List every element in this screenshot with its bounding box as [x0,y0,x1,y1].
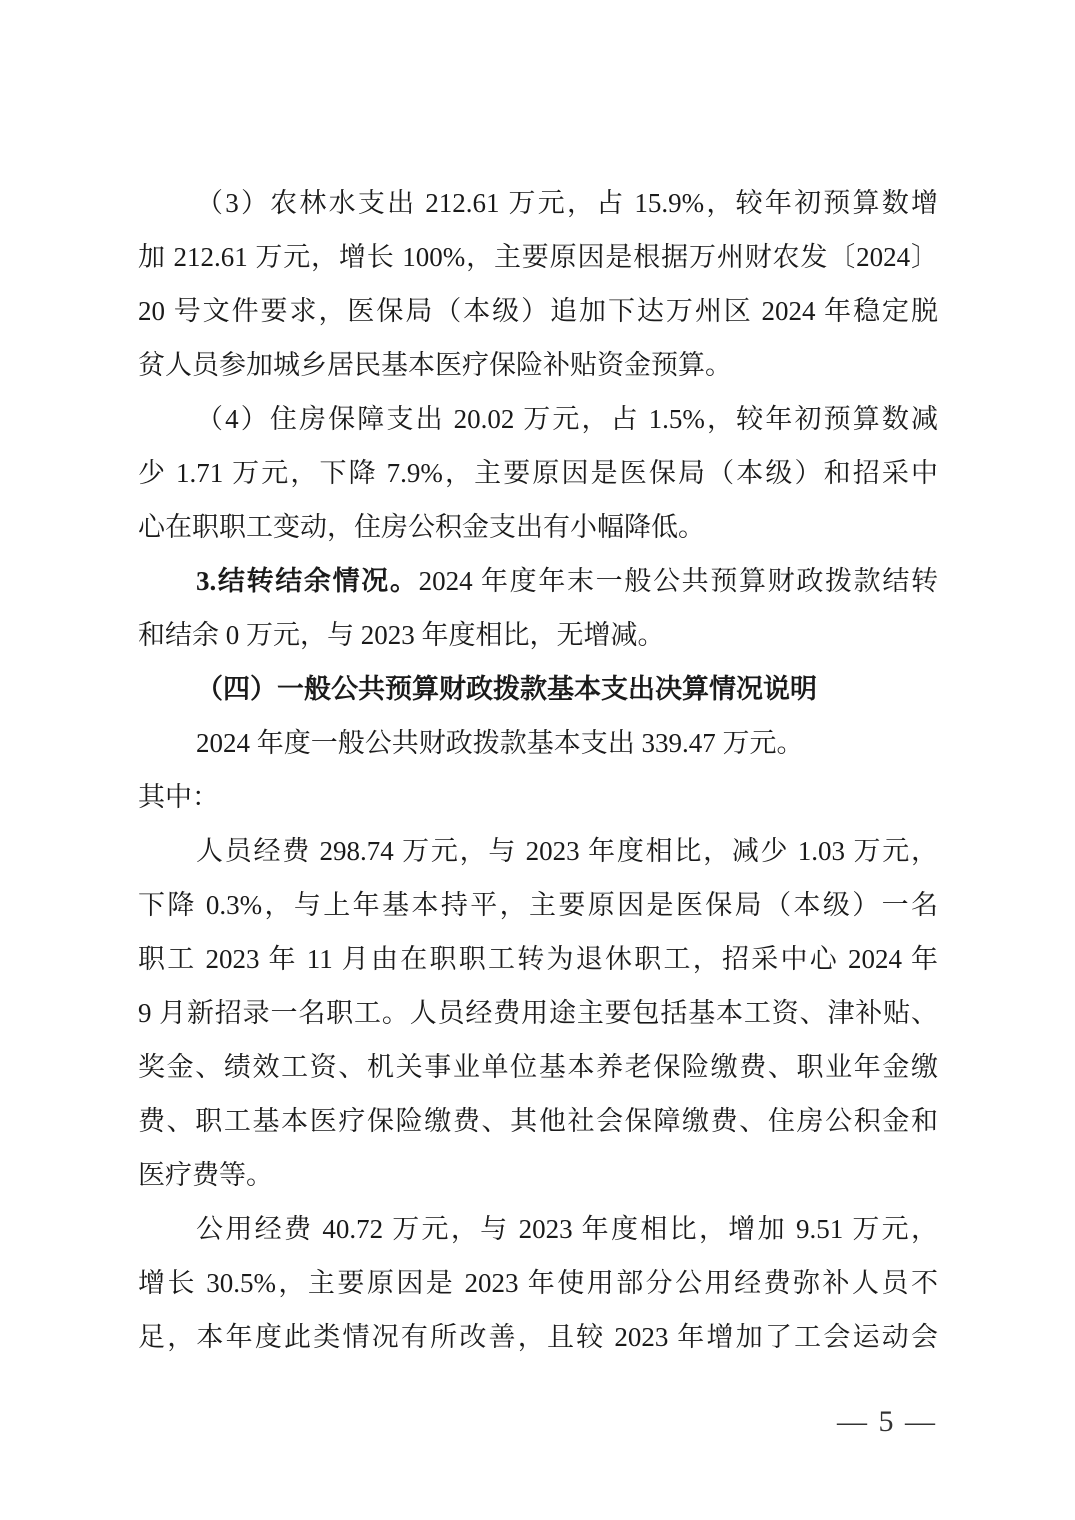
text-run: 2024 年度年末一般公共预算财政拨款结转 [419,566,938,596]
text-line: 下降 0.3%，与上年基本持平，主要原因是医保局（本级）一名 [138,878,938,932]
text-line: 3.结转结余情况。2024 年度年末一般公共预算财政拨款结转 [138,554,938,608]
text-line: 少 1.71 万元，下降 7.9%，主要原因是医保局（本级）和招采中 [138,446,938,500]
bold-run: 3.结转结余情况。 [196,566,419,596]
text-line: 奖金、绩效工资、机关事业单位基本养老保险缴费、职业年金缴 [138,1040,938,1094]
text-line: 贫人员参加城乡居民基本医疗保险补贴资金预算。 [138,338,938,392]
section-heading: （四）一般公共预算财政拨款基本支出决算情况说明 [138,662,938,716]
document-page: { "page": { "background": "#ffffff", "te… [0,0,1075,1520]
text-line: 医疗费等。 [138,1148,938,1202]
text-line: 其中： [138,770,938,824]
text-line: 2024 年度一般公共财政拨款基本支出 339.47 万元。 [138,716,938,770]
text-line: 足，本年度此类情况有所改善，且较 2023 年增加了工会运动会 [138,1310,938,1364]
text-line: 人员经费 298.74 万元，与 2023 年度相比，减少 1.03 万元， [138,824,938,878]
text-line: 加 212.61 万元，增长 100%，主要原因是根据万州财农发〔2024〕 [138,230,938,284]
text-line: 增长 30.5%，主要原因是 2023 年使用部分公用经费弥补人员不 [138,1256,938,1310]
text-line: （4）住房保障支出 20.02 万元，占 1.5%，较年初预算数减 [138,392,938,446]
text-line: 职工 2023 年 11 月由在职职工转为退休职工，招采中心 2024 年 [138,932,938,986]
page-number: — 5 — [837,1402,937,1442]
text-line: 费、职工基本医疗保险缴费、其他社会保障缴费、住房公积金和 [138,1094,938,1148]
text-line: 20 号文件要求，医保局（本级）追加下达万州区 2024 年稳定脱 [138,284,938,338]
text-line: 9 月新招录一名职工。人员经费用途主要包括基本工资、津补贴、 [138,986,938,1040]
text-line: 心在职职工变动，住房公积金支出有小幅降低。 [138,500,938,554]
text-line: 和结余 0 万元，与 2023 年度相比，无增减。 [138,608,938,662]
text-line: （3）农林水支出 212.61 万元，占 15.9%，较年初预算数增 [138,176,938,230]
text-line: 公用经费 40.72 万元，与 2023 年度相比，增加 9.51 万元， [138,1202,938,1256]
body-text: （3）农林水支出 212.61 万元，占 15.9%，较年初预算数增 加 212… [138,176,938,1364]
